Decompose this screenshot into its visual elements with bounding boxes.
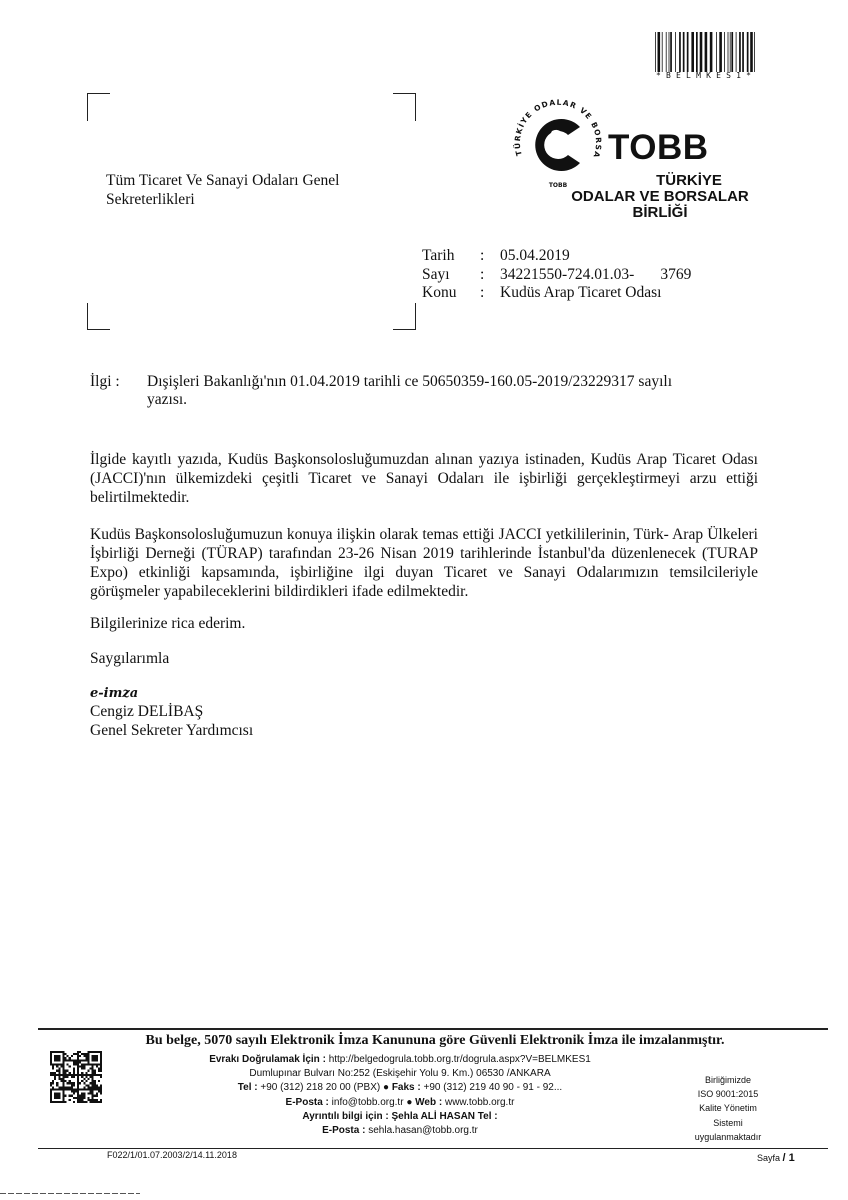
logo-subtitle: TÜRKİYE ODALAR VE BORSALAR BİRLİĞİ <box>560 173 760 221</box>
iso-line: Sistemi <box>668 1116 788 1130</box>
iso-certification-note: Birliğimizde ISO 9001:2015 Kalite Yöneti… <box>668 1073 788 1144</box>
date-separator: : <box>472 247 500 266</box>
reference-text: Dışişleri Bakanlığı'nın 01.04.2019 tarih… <box>147 373 707 409</box>
number-suffix: 3769 <box>660 266 691 283</box>
verify-link[interactable]: http://belgedogrula.tobb.org.tr/dogrula.… <box>329 1054 591 1065</box>
recipient-line-2: Sekreterlikleri <box>106 190 339 209</box>
page-label: Sayfa <box>757 1153 780 1163</box>
recipient-line-1: Tüm Ticaret Ve Sanayi Odaları Genel <box>106 171 339 190</box>
subject-value: Kudüs Arap Ticaret Odası <box>500 284 691 303</box>
contact-email-label: E-Posta : <box>322 1125 365 1136</box>
phone-line: Tel : +90 (312) 218 20 00 (PBX) ● Faks :… <box>140 1081 660 1095</box>
number-separator: : <box>472 266 500 285</box>
logo-subtitle-line-1: TÜRKİYE <box>560 173 760 189</box>
corner-mark-top-right <box>393 93 416 121</box>
meta-date-row: Tarih : 05.04.2019 <box>422 247 691 266</box>
bullet-icon: ● <box>406 1097 412 1108</box>
signatory-title: Genel Sekreter Yardımcısı <box>90 721 253 740</box>
form-code: F022/1/01.07.2003/2/14.11.2018 <box>107 1150 237 1160</box>
scan-artifact-line <box>0 1193 140 1194</box>
email-link[interactable]: info@tobb.org.tr <box>332 1097 404 1108</box>
fax-value: +90 (312) 219 40 90 - 91 - 92... <box>424 1082 563 1093</box>
logo-name: TOBB <box>608 130 709 165</box>
body-paragraph-2: Kudüs Başkonsolosluğumuzun konuya ilişki… <box>90 525 758 601</box>
iso-line: Birliğimizde <box>668 1073 788 1087</box>
qr-code[interactable] <box>50 1051 102 1103</box>
web-link[interactable]: www.tobb.org.tr <box>445 1097 514 1108</box>
signatory-name: Cengiz DELİBAŞ <box>90 702 253 721</box>
address-line: Dumlupınar Bulvarı No:252 (Eskişehir Yol… <box>140 1067 660 1081</box>
number-value: 34221550-724.01.03- <box>500 266 634 283</box>
corner-mark-top-left <box>87 93 110 121</box>
iso-line: uygulanmaktadır <box>668 1130 788 1144</box>
page-number: Sayfa / 1 <box>757 1152 795 1164</box>
contact-email-line: E-Posta : sehla.hasan@tobb.org.tr <box>140 1124 660 1138</box>
corner-mark-bottom-left <box>87 303 110 330</box>
contact-label: Ayrıntılı bilgi için : <box>302 1111 388 1122</box>
barcode <box>655 32 755 72</box>
subject-separator: : <box>472 284 500 303</box>
date-value: 05.04.2019 <box>500 247 691 266</box>
iso-line: Kalite Yönetim <box>668 1101 788 1115</box>
document-meta: Tarih : 05.04.2019 Sayı : 34221550-724.0… <box>422 247 691 303</box>
email-web-line: E-Posta : info@tobb.org.tr ● Web : www.t… <box>140 1096 660 1110</box>
footer-divider-top <box>38 1028 828 1030</box>
number-label: Sayı <box>422 266 472 285</box>
subject-label: Konu <box>422 284 472 303</box>
tel-label: Tel : <box>238 1082 258 1093</box>
reference: İlgi :Dışişleri Bakanlığı'nın 01.04.2019… <box>90 373 707 409</box>
meta-subject-row: Konu : Kudüs Arap Ticaret Odası <box>422 284 691 303</box>
page-value: / 1 <box>783 1152 795 1164</box>
closing-line: Bilgilerinize rica ederim. <box>90 615 245 633</box>
verify-label: Evrakı Doğrulamak İçin : <box>209 1054 326 1065</box>
barcode-text: *BELMKES1* <box>656 71 756 80</box>
recipient-address: Tüm Ticaret Ve Sanayi Odaları Genel Sekr… <box>106 171 339 209</box>
body-paragraph-1: İlgide kayıtlı yazıda, Kudüs Başkonsolos… <box>90 450 758 507</box>
reference-label: İlgi : <box>90 373 147 391</box>
footer-esignature-notice: Bu belge, 5070 sayılı Elektronik İmza Ka… <box>40 1033 830 1049</box>
web-label: Web : <box>415 1097 442 1108</box>
date-label: Tarih <box>422 247 472 266</box>
footer-divider-bottom <box>38 1148 828 1149</box>
email-label: E-Posta : <box>286 1097 329 1108</box>
e-signature-mark: e-imza <box>90 686 138 701</box>
contact-value: Şehla ALİ HASAN Tel : <box>391 1111 497 1122</box>
corner-mark-bottom-right <box>393 303 416 330</box>
bullet-icon: ● <box>383 1082 389 1093</box>
logo-subtitle-line-3: BİRLİĞİ <box>560 205 760 221</box>
logo-subtitle-line-2: ODALAR VE BORSALAR <box>560 189 760 205</box>
contact-line: Ayrıntılı bilgi için : Şehla ALİ HASAN T… <box>140 1110 660 1124</box>
tel-value: +90 (312) 218 20 00 (PBX) <box>260 1082 380 1093</box>
signature-block: Cengiz DELİBAŞ Genel Sekreter Yardımcısı <box>90 702 253 740</box>
iso-line: ISO 9001:2015 <box>668 1087 788 1101</box>
verify-line: Evrakı Doğrulamak İçin : http://belgedog… <box>140 1053 660 1067</box>
footer-contact-info: Evrakı Doğrulamak İçin : http://belgedog… <box>140 1053 660 1138</box>
regards-line: Saygılarımla <box>90 650 169 668</box>
meta-number-row: Sayı : 34221550-724.01.03-3769 <box>422 266 691 285</box>
contact-email-link[interactable]: sehla.hasan@tobb.org.tr <box>368 1125 478 1136</box>
fax-label: Faks : <box>392 1082 421 1093</box>
